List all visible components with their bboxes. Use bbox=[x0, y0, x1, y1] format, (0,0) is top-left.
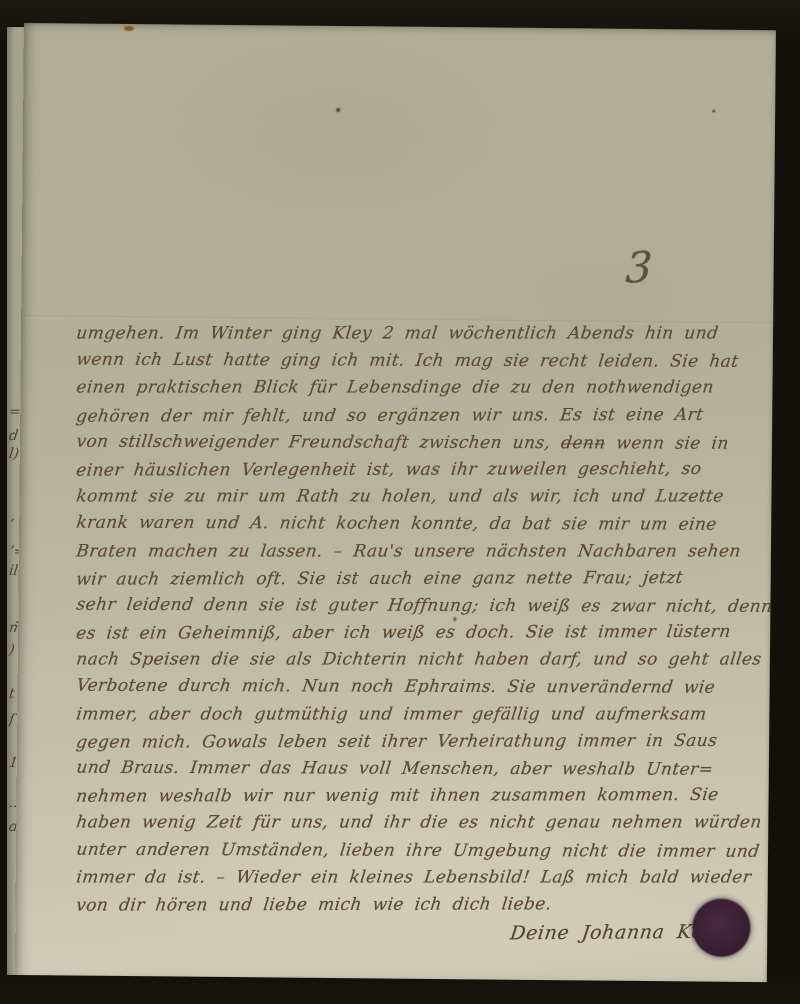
handwritten-line: es ist ein Geheimniß, aber ich weiß es d… bbox=[75, 619, 746, 648]
rust-stain bbox=[124, 26, 134, 31]
handwritten-line: von stillschweigender Freundschaft zwisc… bbox=[75, 428, 746, 457]
handwritten-line: umgehen. Im Winter ging Kley 2 mal wöche… bbox=[75, 321, 746, 348]
handwritten-line: kommt sie zu mir um Rath zu holen, und a… bbox=[75, 484, 746, 511]
handwritten-line: und Braus. Immer das Haus voll Menschen,… bbox=[75, 755, 746, 784]
handwritten-line: wir auch ziemlich oft. Sie ist auch eine… bbox=[75, 565, 746, 594]
wax-seal bbox=[692, 898, 751, 957]
handwritten-line: gegen mich. Gowals leben seit ihrer Verh… bbox=[75, 728, 746, 757]
handwritten-line: sehr leidend denn sie ist guter Hoffnung… bbox=[75, 592, 746, 621]
page-number: 3 bbox=[625, 242, 654, 293]
paper-speck bbox=[336, 108, 340, 112]
handwritten-line: Braten machen zu lassen. – Rau's unsere … bbox=[75, 538, 746, 565]
signature: Deine Johanna Ke bbox=[509, 921, 705, 945]
handwritten-line: nehmen weshalb wir nur wenig mit ihnen z… bbox=[75, 782, 746, 811]
handwritten-line: krank waren und A. nicht kochen konnte, … bbox=[75, 510, 746, 539]
handwritten-line: einen praktischen Blick für Lebensdinge … bbox=[75, 375, 746, 402]
handwritten-line: von dir hören und liebe mich wie ich dic… bbox=[75, 891, 746, 920]
handwritten-line: immer, aber doch gutmüthig und immer gef… bbox=[75, 701, 746, 728]
handwritten-line: wenn ich Lust hatte ging ich mit. Ich ma… bbox=[75, 347, 746, 376]
handwritten-line: haben wenig Zeit für uns, und ihr die es… bbox=[75, 810, 746, 837]
letter-body: umgehen. Im Winter ging Kley 2 mal wöche… bbox=[76, 321, 744, 919]
handwritten-line: immer da ist. – Wieder ein kleines Leben… bbox=[75, 864, 746, 891]
handwritten-line: nach Speisen die sie als Dichterin nicht… bbox=[75, 647, 746, 674]
handwritten-line: gehören der mir fehlt, und so ergänzen w… bbox=[75, 401, 746, 430]
handwritten-line: unter anderen Umständen, lieben ihre Umg… bbox=[75, 836, 746, 865]
scan-background: = d l) ʼ ʼ= il. m̄. ) t ſ 1 .. dn bbox=[0, 0, 800, 1004]
letter-page: 3 umgehen. Im Winter ging Kley 2 mal wöc… bbox=[15, 23, 776, 982]
handwritten-line: Verbotene durch mich. Nun noch Ephraims.… bbox=[75, 673, 746, 702]
paper-speck bbox=[712, 110, 715, 113]
handwritten-line: einer häuslichen Verlegenheit ist, was i… bbox=[75, 456, 746, 485]
